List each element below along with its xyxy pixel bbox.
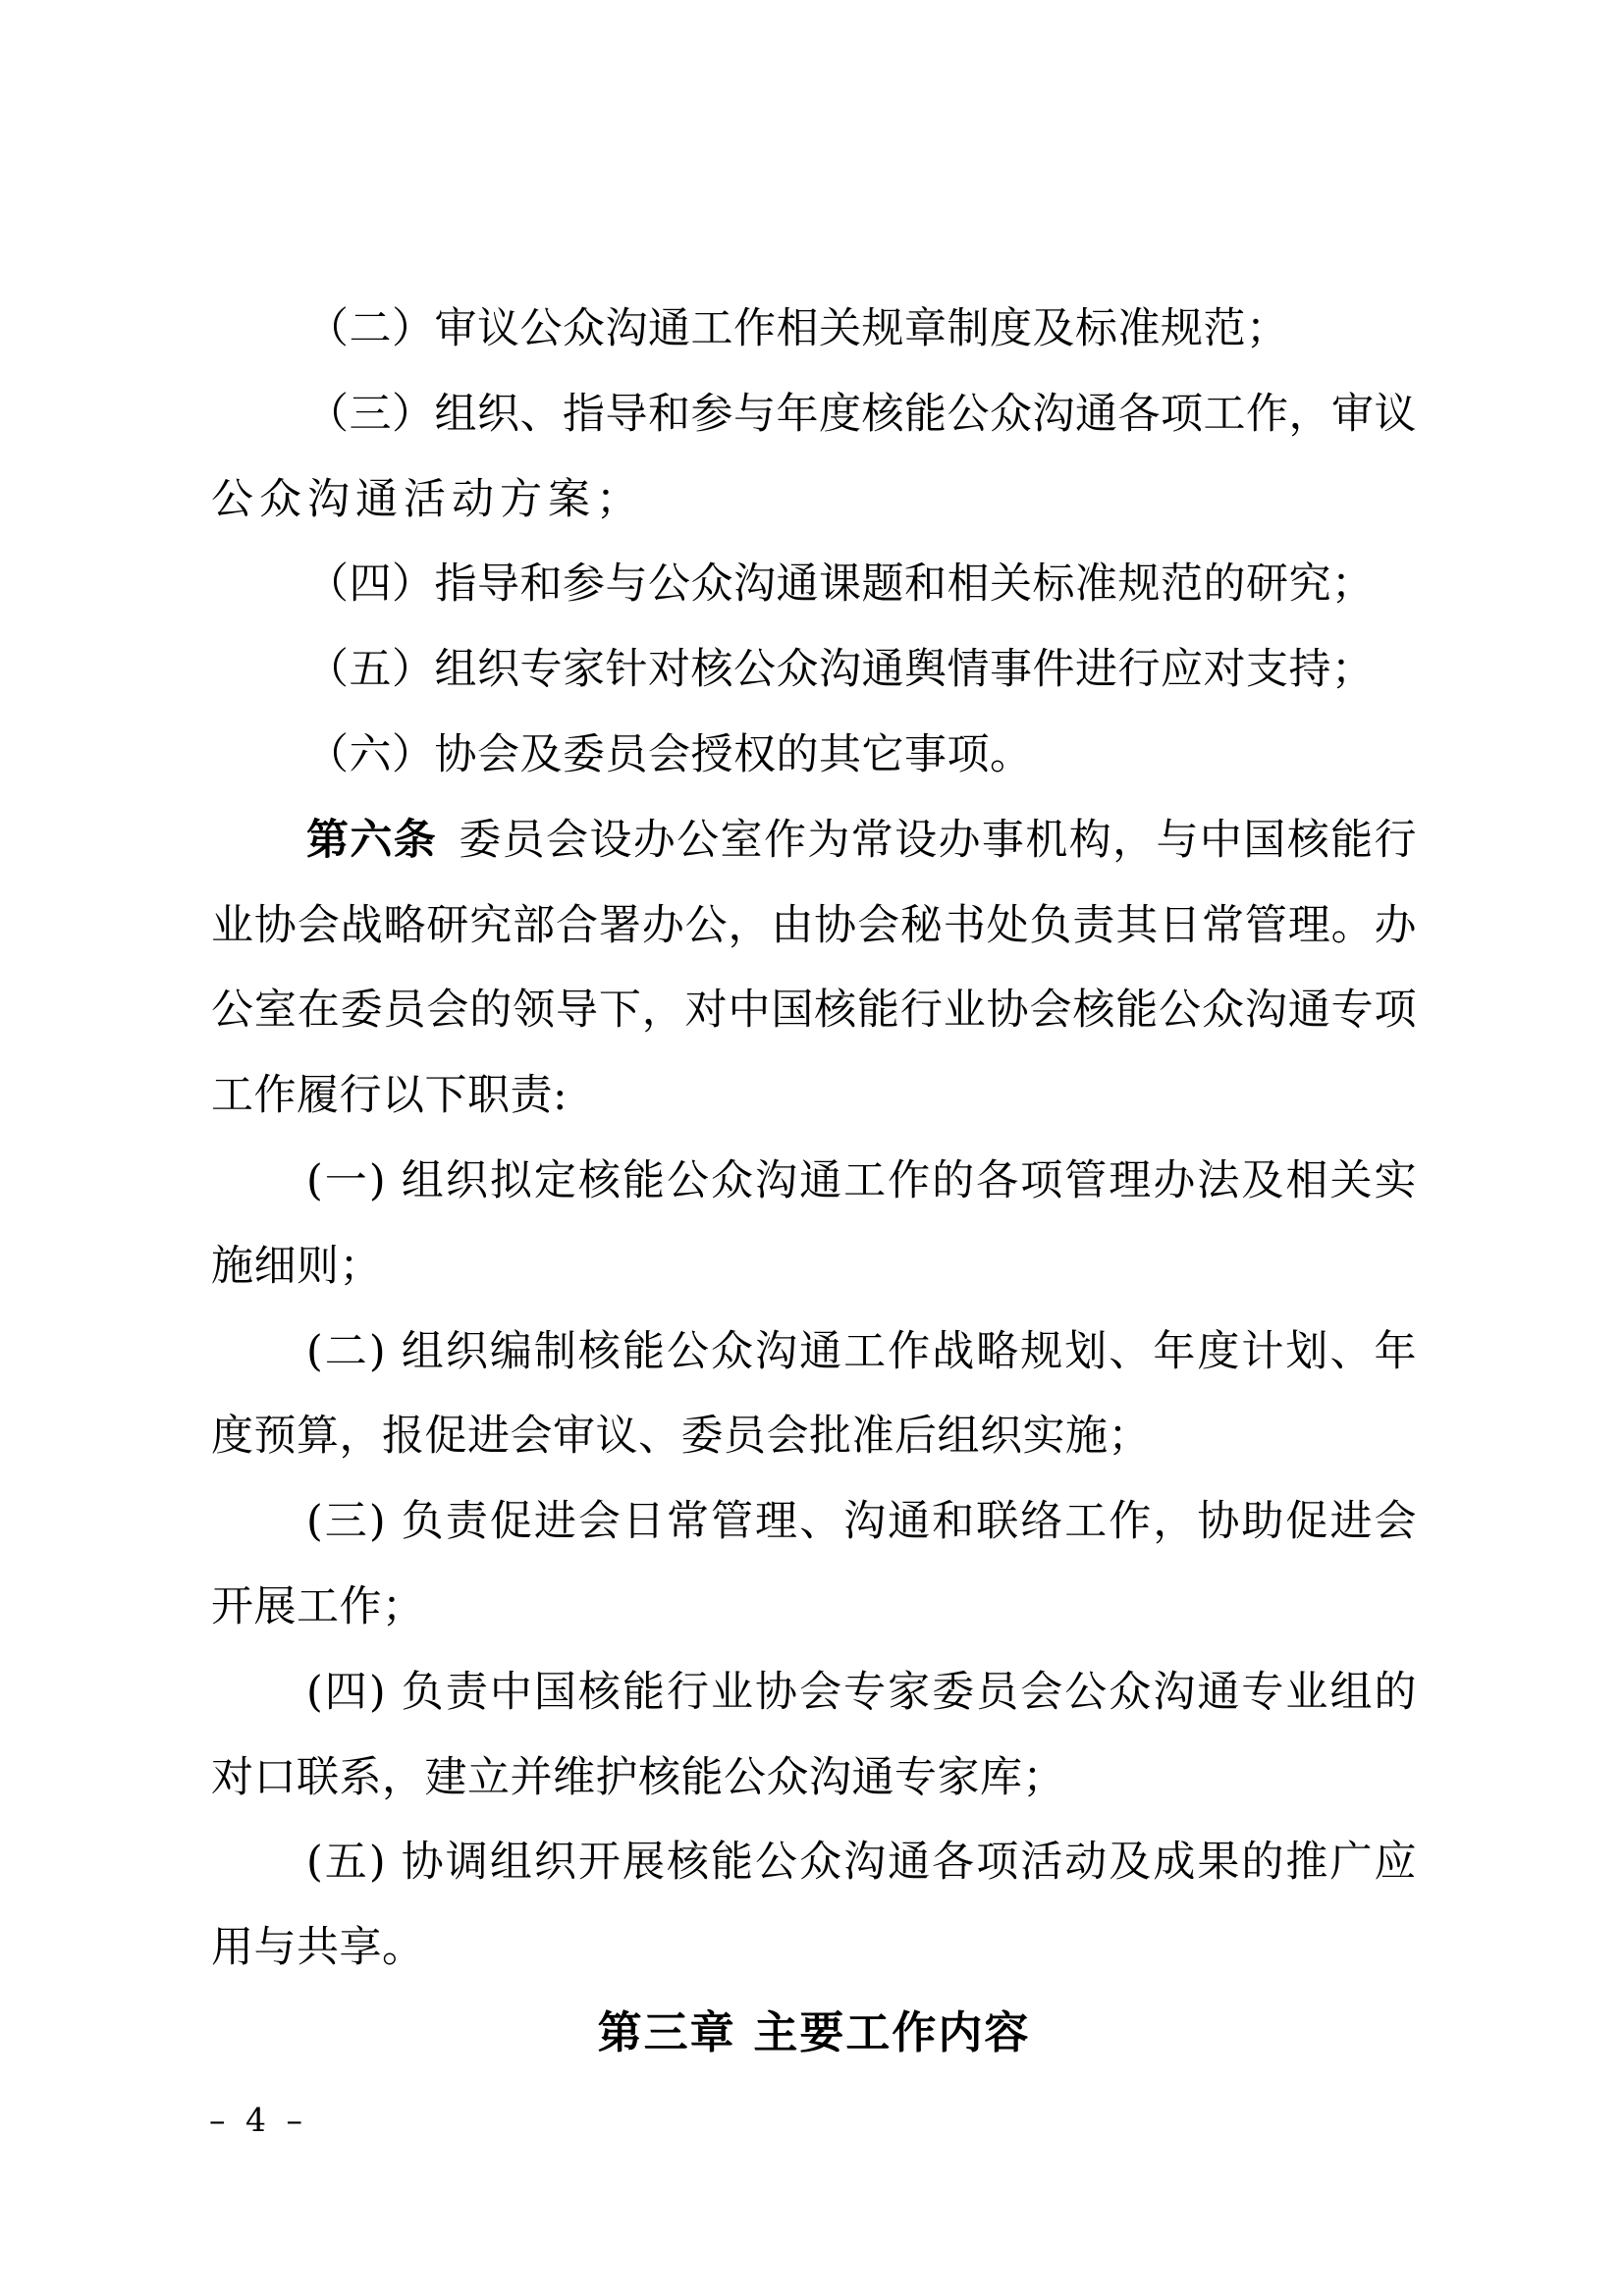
text-run: 工作履行以下职责: <box>211 1071 568 1120</box>
text-line-17: (四) 负责中国核能行业协会专家委员会公众沟通专业组的 <box>211 1650 1417 1735</box>
text-run: 对口联系，建立并维护核能公众沟通专家库； <box>211 1753 1065 1802</box>
text-run: (四) 负责中国核能行业协会专家委员会公众沟通专业组的 <box>306 1668 1417 1717</box>
text-run: （四）指导和参与公众沟通课题和相关标准规范的研究； <box>306 560 1375 609</box>
text-line-19: (五) 协调组织开展核能公众沟通各项活动及成果的推广应 <box>211 1820 1417 1905</box>
text-line-20: 用与共享。 <box>211 1905 1417 1991</box>
text-run: 度预算，报促进会审议、委员会批准后组织实施； <box>211 1412 1151 1461</box>
text-line-1: （二）审议公众沟通工作相关规章制度及标准规范； <box>211 287 1417 372</box>
text-run: 业协会战略研究部合署办公，由协会秘书处负责其日常管理。办 <box>211 901 1417 950</box>
text-line-16: 开展工作； <box>211 1565 1417 1650</box>
text-run: 公室在委员会的领导下，对中国核能行业协会核能公众沟通专项 <box>211 986 1417 1035</box>
text-line-18: 对口联系，建立并维护核能公众沟通专家库； <box>211 1735 1417 1821</box>
text-line-13: (二) 组织编制核能公众沟通工作战略规划、年度计划、年 <box>211 1309 1417 1395</box>
text-line-11: (一) 组织拟定核能公众沟通工作的各项管理办法及相关实 <box>211 1139 1417 1224</box>
text-run: (五) 协调组织开展核能公众沟通各项活动及成果的推广应 <box>306 1838 1417 1887</box>
text-line-7: 第六条委员会设办公室作为常设办事机构，与中国核能行 <box>211 798 1417 883</box>
article-number-bold: 第六条 <box>306 816 437 865</box>
text-run: （二）审议公众沟通工作相关规章制度及标准规范； <box>306 304 1289 353</box>
text-run: 用与共享。 <box>211 1923 425 1972</box>
text-line-14: 度预算，报促进会审议、委员会批准后组织实施； <box>211 1394 1417 1479</box>
text-run: （三）组织、指导和参与年度核能公众沟通各项工作，审议 <box>306 390 1417 439</box>
text-line-10: 工作履行以下职责: <box>211 1053 1417 1139</box>
text-line-5: （五）组织专家针对核公众沟通舆情事件进行应对支持； <box>211 627 1417 713</box>
text-run: (二) 组织编制核能公众沟通工作战略规划、年度计划、年 <box>306 1327 1417 1376</box>
section-heading-text: 第三章 主要工作内容 <box>598 2006 1031 2058</box>
page-body: （二）审议公众沟通工作相关规章制度及标准规范； （三）组织、指导和参与年度核能公… <box>211 287 1417 2076</box>
text-run: （五）组织专家针对核公众沟通舆情事件进行应对支持； <box>306 645 1375 694</box>
text-line-3: 公众沟通活动方案； <box>211 457 1417 543</box>
text-run: 公众沟通活动方案； <box>211 475 644 524</box>
text-line-15: (三) 负责促进会日常管理、沟通和联络工作，协助促进会 <box>211 1479 1417 1565</box>
text-run: (三) 负责促进会日常管理、沟通和联络工作，协助促进会 <box>306 1497 1417 1546</box>
text-run: 施细则； <box>211 1242 382 1291</box>
text-line-9: 公室在委员会的领导下，对中国核能行业协会核能公众沟通专项 <box>211 968 1417 1053</box>
section-heading: 第三章 主要工作内容 <box>211 1991 1417 2076</box>
page-number: – 4 – <box>209 2101 307 2139</box>
text-run: 开展工作； <box>211 1582 425 1631</box>
text-line-12: 施细则； <box>211 1224 1417 1309</box>
text-run: （六）协会及委员会授权的其它事项。 <box>306 730 1033 779</box>
text-line-2: （三）组织、指导和参与年度核能公众沟通各项工作，审议 <box>211 372 1417 457</box>
text-line-4: （四）指导和参与公众沟通课题和相关标准规范的研究； <box>211 542 1417 627</box>
text-line-6: （六）协会及委员会授权的其它事项。 <box>211 713 1417 798</box>
text-run: (一) 组织拟定核能公众沟通工作的各项管理办法及相关实 <box>306 1156 1417 1205</box>
text-run: 委员会设办公室作为常设办事机构，与中国核能行 <box>459 816 1417 865</box>
text-line-8: 业协会战略研究部合署办公，由协会秘书处负责其日常管理。办 <box>211 883 1417 969</box>
document-page: （二）审议公众沟通工作相关规章制度及标准规范； （三）组织、指导和参与年度核能公… <box>0 0 1624 2296</box>
